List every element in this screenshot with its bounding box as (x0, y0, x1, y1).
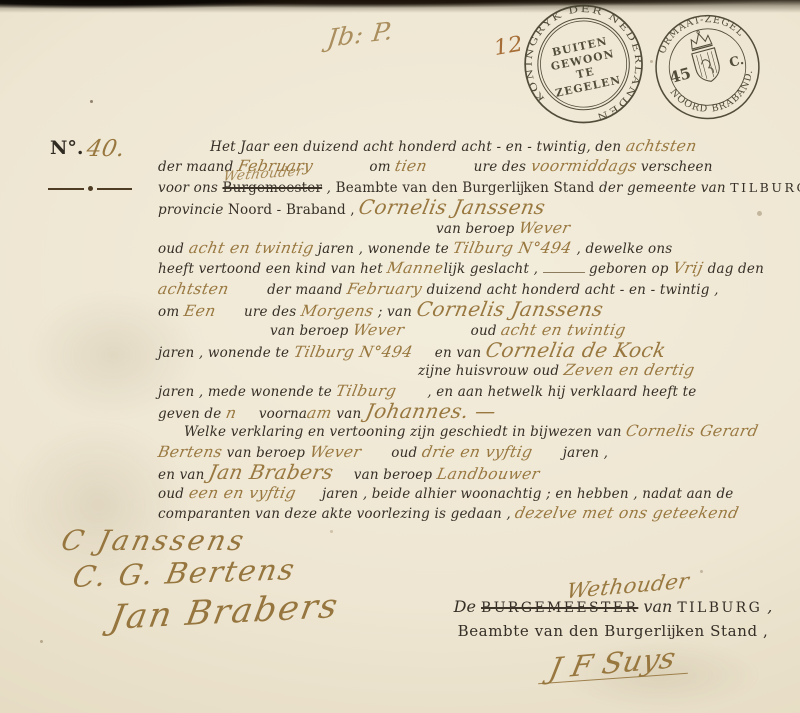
printed-text: zijne huisvrouw oud (418, 363, 564, 379)
handwritten-text: Johannes. — (364, 401, 498, 421)
handwritten-text: achtsten (624, 136, 699, 156)
printed-text: van (638, 597, 677, 616)
official-footer: Wethouder De Burgemeester van Tilburg , … (448, 574, 778, 679)
printed-text: , (762, 597, 772, 616)
handwritten-text: Manne (385, 258, 445, 278)
blank-rule (543, 260, 585, 273)
ornament-divider (48, 186, 132, 191)
handwritten-text: Cornelis Janssens (415, 299, 605, 319)
printed-text: heeft vertoond een kind van het (158, 261, 387, 277)
printed-text: oud (158, 241, 189, 257)
printed-text: jaren , wonende te (158, 345, 294, 361)
handwritten-text: Vrij (671, 258, 705, 278)
printed-text: oud (387, 445, 422, 461)
printed-text: ure des (469, 159, 530, 175)
printed-text: om (365, 159, 395, 175)
printed-text: duizend acht honderd acht - en - twintig… (422, 282, 719, 298)
printed-text: verscheen (636, 159, 712, 175)
round-stamp-icon: FORMAAT-ZEGEL. NOORD BRABAND. 45 C. (640, 0, 775, 134)
akte-line: en van Jan Brabers van beroep Landbouwer (158, 462, 800, 482)
handwritten-text: drie en vyftig (420, 442, 534, 462)
handwritten-text: voormiddags (529, 156, 639, 176)
akte-line: oud een en vyftig jaren , beide alhier w… (158, 483, 800, 503)
official-title-line: De Burgemeester van Tilburg , (448, 597, 778, 616)
registrar-line: Beambte van den Burgerlĳken Stand , (448, 622, 778, 640)
akte-document: Jb: P. 12 KONINGRYK DER NEDERLANDEN BUIT… (0, 0, 800, 713)
printed-text: jaren , (558, 445, 608, 461)
akte-line: zijne huisvrouw oud Zeven en dertig (158, 360, 800, 380)
handwritten-text: Tilburg N°494 (292, 342, 414, 362)
round-stamp-icon: KONINGRYK DER NEDERLANDEN BUITEN GEWOON … (510, 0, 657, 138)
printed-text: om (158, 304, 184, 320)
akte-line: oud acht en twintig jaren , wonende te T… (158, 238, 800, 258)
handwritten-text: Tilburg N°494 (452, 238, 574, 258)
printed-text: Welke verklaring en vertooning zijn gesc… (184, 424, 626, 440)
printed-text: van beroep (349, 467, 437, 483)
printed-text: jaren , beide alhier woonachtig ; en heb… (317, 486, 733, 502)
handwritten-text: am (305, 403, 334, 423)
handwritten-text: February (345, 279, 424, 299)
printed-text: Tilburg (730, 180, 800, 195)
printed-text: De (454, 597, 481, 616)
handwritten-text: Landbouwer (435, 464, 541, 484)
handwritten-text: Wever (351, 320, 406, 340)
akte-line: jaren , wonende te Tilburg N°494 en van … (158, 340, 800, 360)
signature: Jan Brabers (107, 586, 342, 638)
handwritten-text: dezelve met ons geteekend (513, 503, 741, 523)
revenue-stamp-formaat-zegel: FORMAAT-ZEGEL. NOORD BRABAND. 45 C. (640, 0, 776, 138)
printed-text: en van (158, 467, 209, 483)
struck-title: Burgemeester (481, 600, 638, 616)
printed-text: oud (158, 486, 189, 502)
printed-text: , dewelke ons (572, 241, 672, 257)
akte-line: provincie Noord - Braband , Cornelis Jan… (158, 197, 800, 217)
printed-text: , (322, 180, 335, 196)
printed-text: provincie (158, 202, 228, 218)
document-number-value: 40. (85, 136, 128, 162)
akte-line: om Een ure des Morgens ; van Cornelis Ja… (158, 299, 800, 319)
handwritten-filing-note: Jb: P. (325, 16, 395, 53)
printed-text: voorna (254, 406, 307, 422)
printed-text: Noord - Braband , (228, 202, 359, 218)
handwritten-text: Een (182, 301, 218, 321)
handwritten-text: Jan Brabers (207, 462, 335, 482)
handwritten-text: Morgens (299, 301, 375, 321)
printed-text: ure des (240, 304, 301, 320)
printed-text: der maand (263, 282, 347, 298)
stamp-value: 45 (668, 64, 693, 87)
handwritten-text: tien (393, 156, 429, 176)
akte-line: geven de n voornaam van Johannes. — (158, 401, 800, 421)
shield-icon (692, 48, 723, 85)
printed-text: van beroep (436, 221, 519, 237)
printed-text: geven de (158, 406, 226, 422)
akte-line: heeft vertoond een kind van het Mannelij… (158, 258, 800, 278)
printed-text: van (332, 406, 366, 422)
printed-text: lijk geslacht , (444, 261, 543, 277)
printed-text: , en aan hetwelk hij verklaard heeft te (423, 384, 697, 400)
akte-body: Het Jaar een duizend acht honderd acht -… (158, 136, 800, 523)
akte-line: van beroep Wever oud acht en twintig (158, 320, 800, 340)
handwritten-text: een en vyftig (187, 483, 298, 503)
signature: C Janssens (58, 524, 250, 557)
printed-text: dag den (703, 261, 764, 277)
printed-text: oud (466, 323, 501, 339)
handwritten-text: n (224, 403, 238, 423)
printed-text: voor ons (158, 180, 222, 196)
handwritten-text: Cornelis Janssens (357, 197, 547, 217)
printed-text: Het Jaar een duizend acht honderd acht -… (210, 139, 626, 155)
akte-line: Het Jaar een duizend acht honderd acht -… (158, 136, 800, 156)
signature: C. G. Bertens (70, 552, 299, 594)
struck-word: BurgemeesterWethouder (222, 177, 322, 198)
printed-text: jaren , mede wonende te (158, 384, 336, 400)
printed-text: comparanten van deze akte voorlezing is … (158, 506, 515, 522)
revenue-stamp-buiten-gewoon: KONINGRYK DER NEDERLANDEN BUITEN GEWOON … (510, 0, 658, 141)
printed-text: en van (430, 345, 486, 361)
printed-text: van beroep (222, 445, 310, 461)
handwritten-text: acht en twintig (187, 238, 316, 258)
printed-text: der gemeente van (599, 180, 730, 196)
document-number: N°.40. (50, 136, 125, 162)
akte-line: Welke verklaring en vertooning zijn gesc… (158, 421, 800, 441)
printed-text: ; van (373, 304, 416, 320)
akte-line: van beroep Wever (158, 218, 800, 238)
handwritten-text: Wever (517, 218, 572, 238)
akte-line: comparanten van deze akte voorlezing is … (158, 503, 800, 523)
handwritten-text: Zeven en dertig (562, 360, 696, 380)
paper-specks (90, 100, 93, 103)
city-name: Tilburg (677, 600, 762, 616)
document-number-label: N°. (50, 137, 83, 159)
handwritten-text: achtsten (156, 279, 231, 299)
stamp-currency: C. (728, 53, 746, 71)
crown-icon (687, 28, 712, 50)
printed-text: jaren , wonende te (313, 241, 453, 257)
printed-text: Beambte van den Burgerlĳken Stand (336, 180, 599, 196)
printed-text: geboren op (585, 261, 674, 277)
handwritten-text: Cornelia de Kock (484, 340, 668, 360)
printed-text: van beroep (270, 323, 353, 339)
handwritten-text: Cornelis Gerard (624, 421, 760, 441)
handwritten-text: acht en twintig (499, 320, 628, 340)
paper-top-edge (0, 0, 800, 13)
